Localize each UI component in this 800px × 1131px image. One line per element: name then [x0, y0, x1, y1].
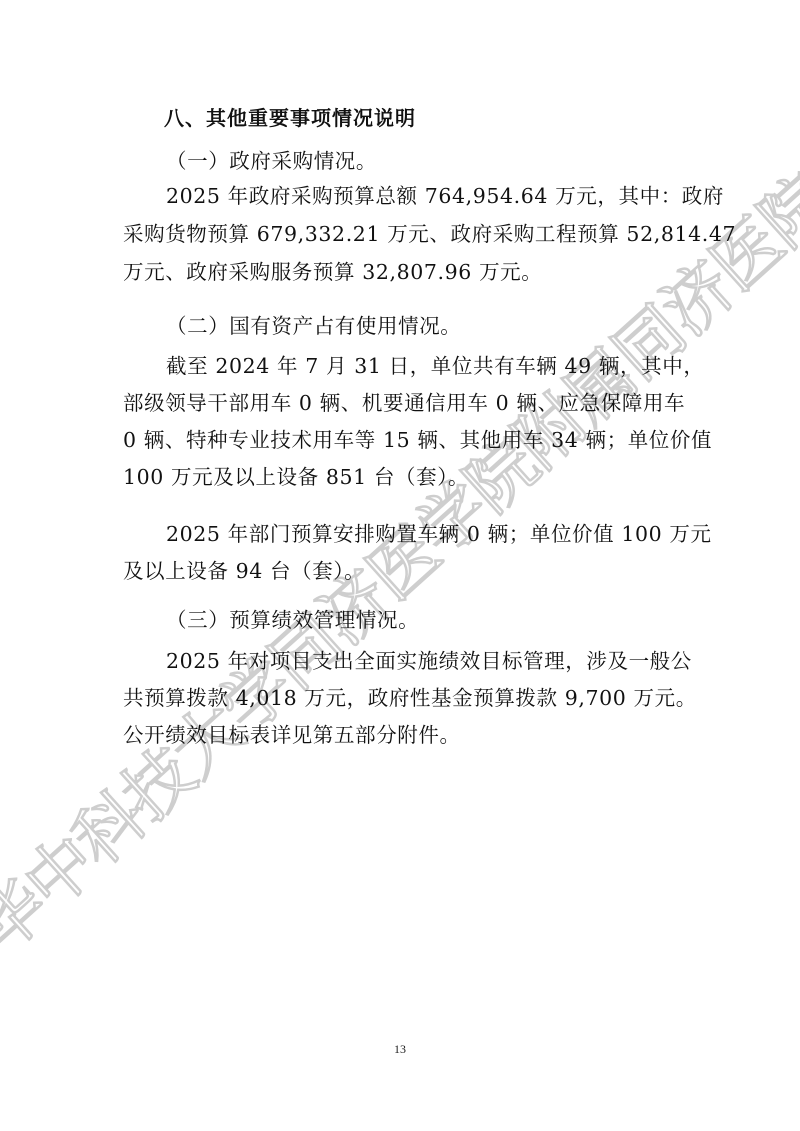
paragraph-line: 2025 年对项目支出全面实施绩效目标管理，涉及一般公: [166, 651, 685, 672]
paragraph-line: 万元、政府采购服务预算 32,807.96 万元。: [123, 262, 542, 283]
document-page: 华中科技大学同济医学院附属同济医院 八、其他重要事项情况说明 （一）政府采购情况…: [0, 0, 800, 1131]
section-title: 八、其他重要事项情况说明: [164, 108, 416, 128]
paragraph-line: 截至 2024 年 7 月 31 日，单位共有车辆 49 辆，其中，: [166, 356, 685, 377]
paragraph-line: 公开绩效目标表详见第五部分附件。: [123, 725, 461, 746]
paragraph-line: 100 万元及以上设备 851 台（套）。: [123, 467, 469, 488]
paragraph-line: 共预算拨款 4,018 万元，政府性基金预算拨款 9,700 万元。: [123, 688, 697, 709]
paragraph-line: 及以上设备 94 台（套）。: [123, 561, 365, 582]
subsection-title-performance: （三）预算绩效管理情况。: [166, 610, 419, 631]
paragraph-line: 部级领导干部用车 0 辆、机要通信用车 0 辆、应急保障用车: [123, 393, 685, 414]
paragraph-line: 0 辆、特种专业技术用车等 15 辆、其他用车 34 辆；单位价值: [123, 430, 685, 451]
paragraph-line: 2025 年部门预算安排购置车辆 0 辆；单位价值 100 万元: [166, 524, 685, 545]
page-number: 13: [0, 1042, 800, 1057]
paragraph-line: 采购货物预算 679,332.21 万元、政府采购工程预算 52,814.47: [123, 224, 685, 245]
paragraph-line: 2025 年政府采购预算总额 764,954.64 万元，其中：政府: [166, 186, 686, 207]
subsection-title-procurement: （一）政府采购情况。: [166, 151, 377, 172]
subsection-title-assets: （二）国有资产占有使用情况。: [166, 316, 461, 337]
